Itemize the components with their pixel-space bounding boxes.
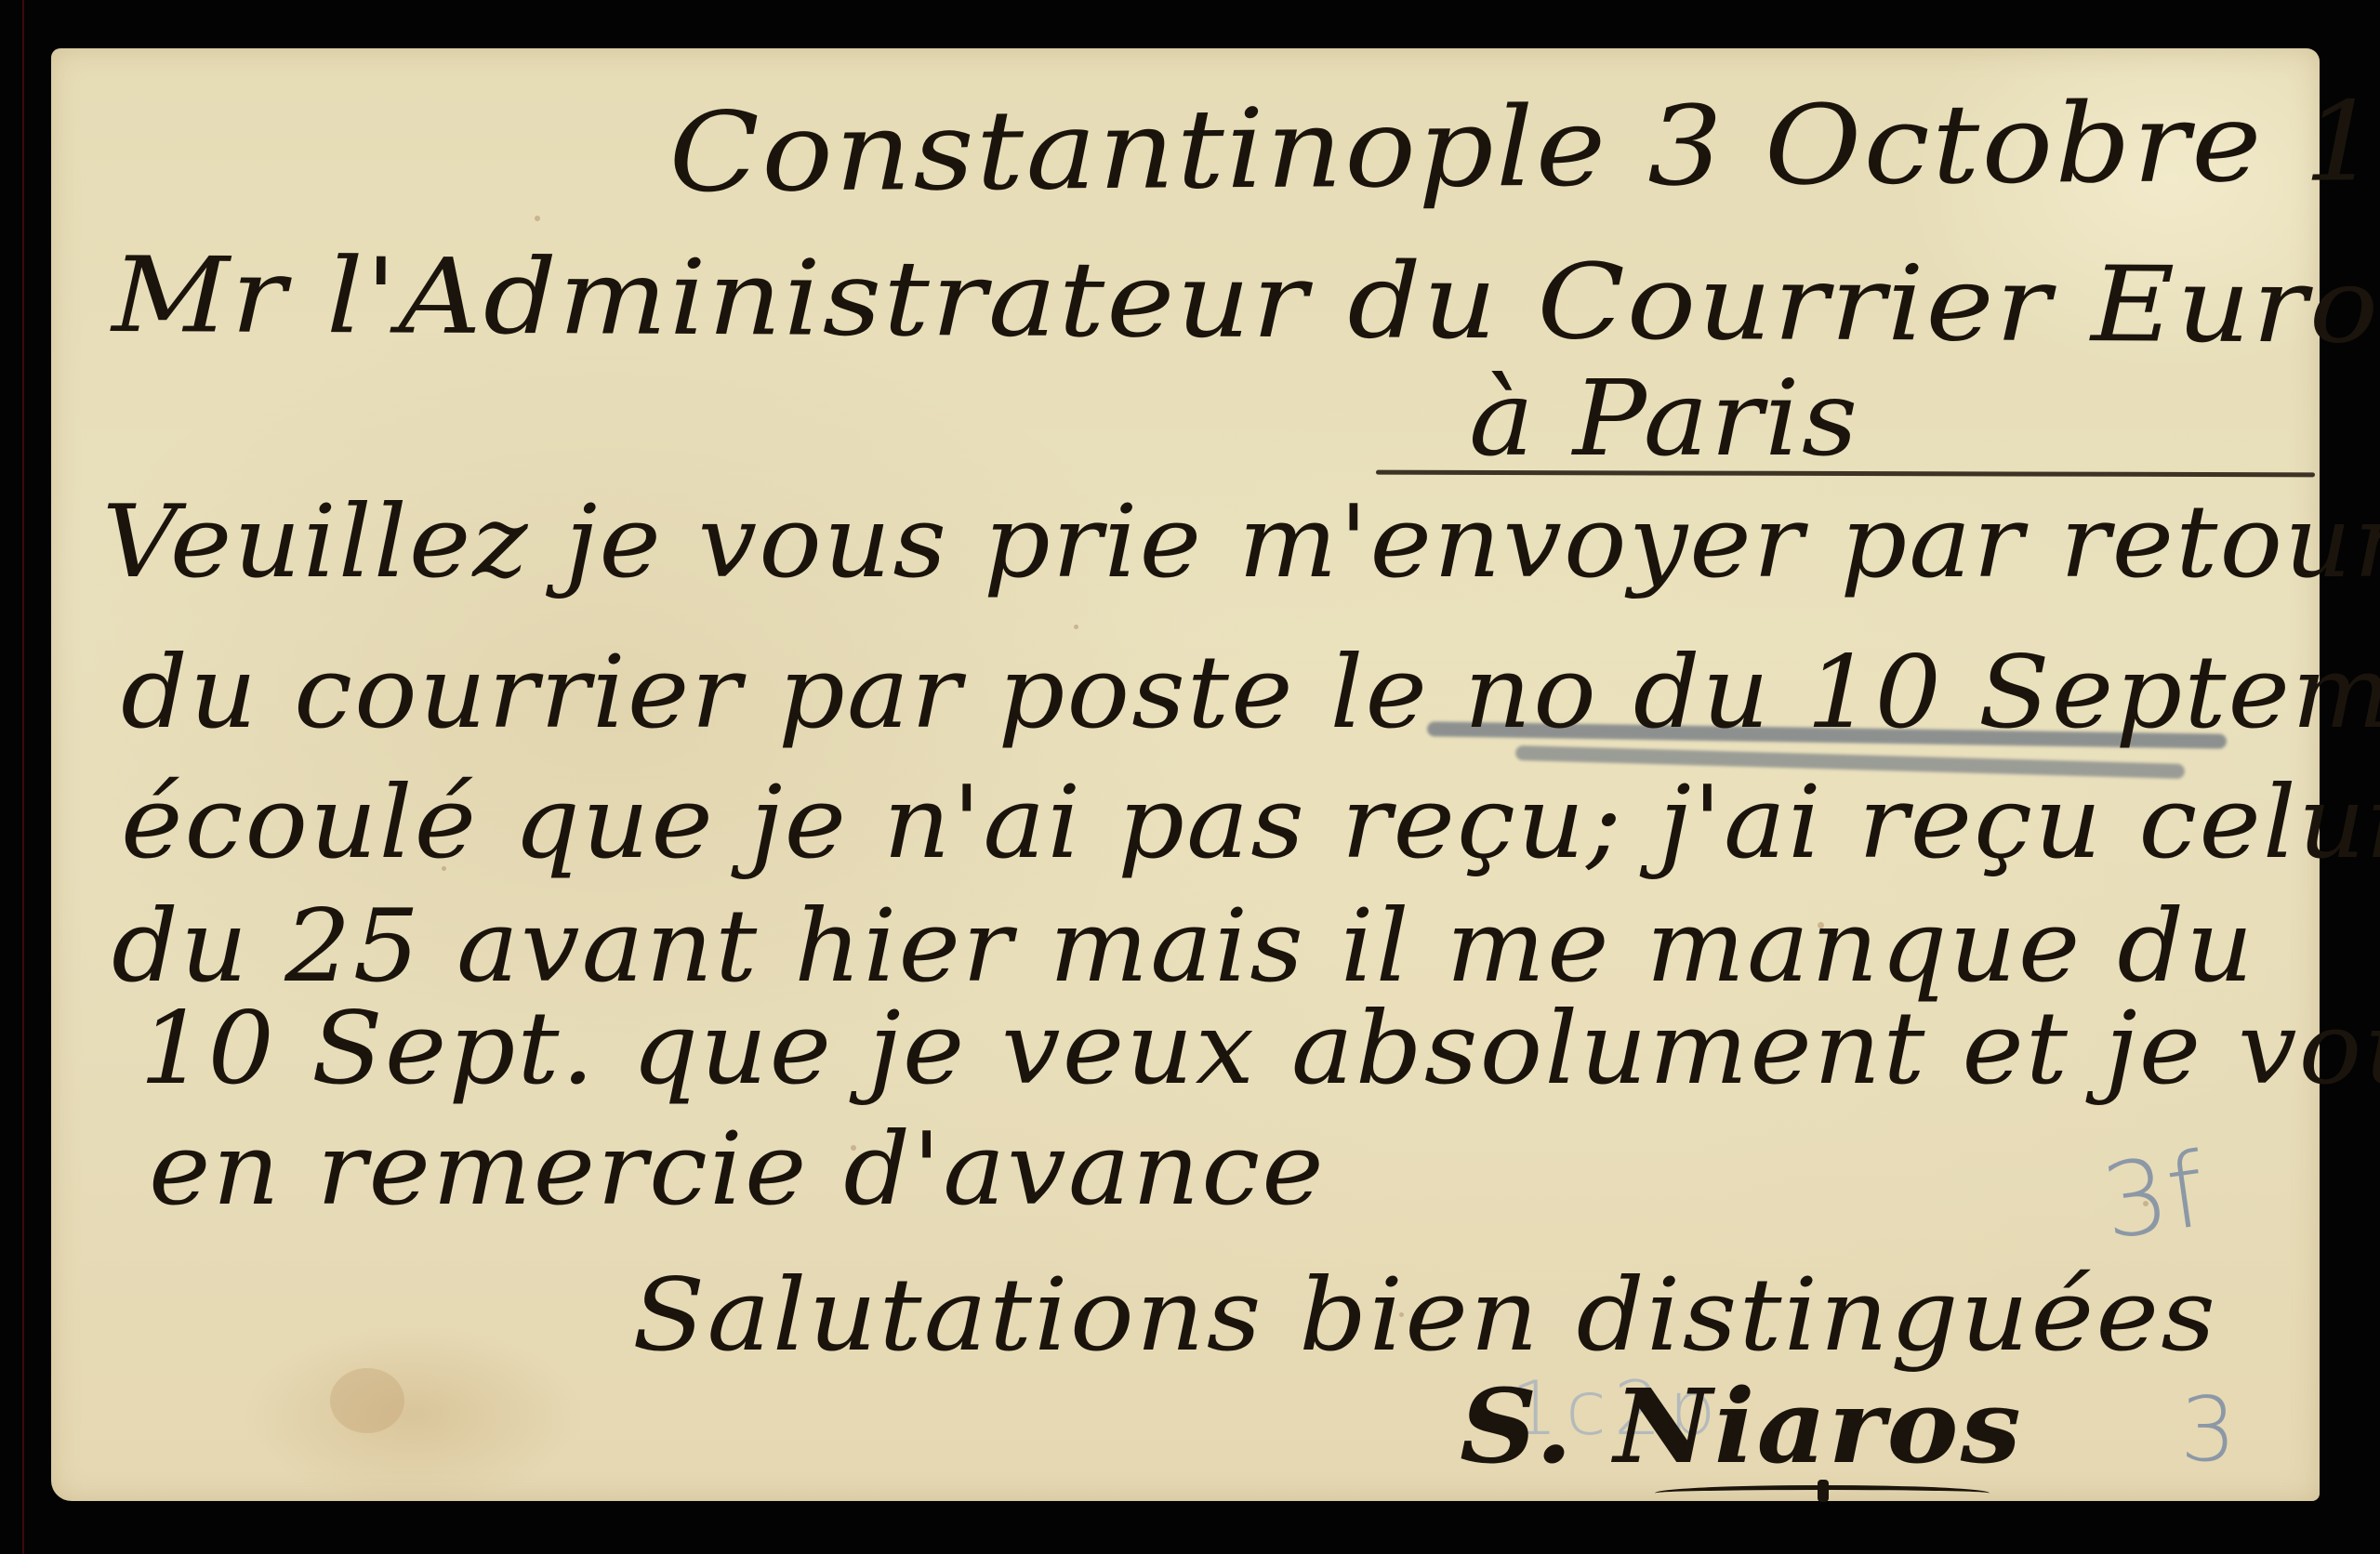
city-line: à Paris xyxy=(1469,367,1859,471)
paper-stain xyxy=(330,1368,404,1433)
body-line: Veuillez je vous prie m'envoyer par reto… xyxy=(102,493,2380,593)
body-line: du 25 avant hier mais il me manque du xyxy=(112,897,2255,997)
place-date-line: Constantinople 3 Octobre 1911 xyxy=(668,85,2380,207)
scan-edge-line xyxy=(22,0,24,1554)
body-line: du courrier par poste le no du 10 Septem… xyxy=(121,643,2380,744)
addressee-line: Mr l'Administrateur du Courrier Européen xyxy=(112,244,2380,360)
paper-speck xyxy=(535,216,540,221)
body-line: 10 Sept. que je veux absolument et je vo… xyxy=(139,999,2380,1100)
closing-salutation: Salutations bien distinguées xyxy=(632,1266,2217,1366)
pencil-annotation: 3 xyxy=(2180,1387,2236,1475)
body-line: écoulé que je n'ai pas reçu; j'ai reçu c… xyxy=(121,773,2380,874)
pencil-annotation: 3f xyxy=(2096,1139,2211,1254)
body-line: en remercie d'avance xyxy=(149,1120,1326,1220)
signature-flourish-mark xyxy=(1818,1480,1829,1502)
paper-speck xyxy=(1074,625,1078,629)
signature: S. Niaros xyxy=(1460,1376,2023,1478)
